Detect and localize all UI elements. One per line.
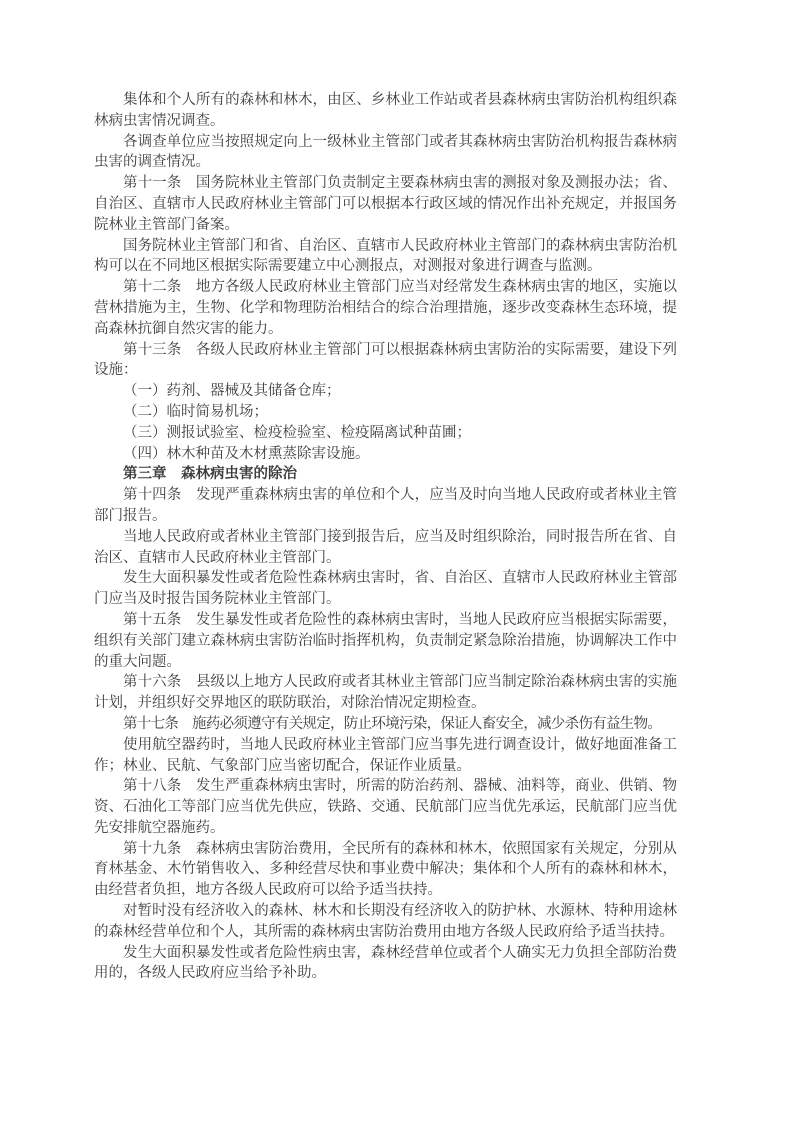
paragraph: 第十三条 各级人民政府林业主管部门可以根据森林病虫害防治的实际需要，建设下列设施… — [94, 340, 677, 382]
paragraph: 第十九条 森林病虫害防治费用，全民所有的森林和林木，依照国家有关规定，分别从育林… — [94, 839, 677, 901]
document-page: 集体和个人所有的森林和林木，由区、乡林业工作站或者县森林病虫害防治机构组织森林病… — [0, 0, 793, 1122]
paragraph: 发生大面积暴发性或者危险性森林病虫害时，省、自治区、直辖市人民政府林业主管部门应… — [94, 568, 677, 610]
paragraph: （三）测报试验室、检疫检验室、检疫隔离试种苗圃； — [94, 423, 677, 444]
paragraph: 国务院林业主管部门和省、自治区、直辖市人民政府林业主管部门的森林病虫害防治机构可… — [94, 236, 677, 278]
paragraph: 各调查单位应当按照规定向上一级林业主管部门或者其森林病虫害防治机构报告森林病虫害… — [94, 132, 677, 174]
paragraph: 当地人民政府或者林业主管部门接到报告后，应当及时组织除治，同时报告所在省、自治区… — [94, 527, 677, 569]
paragraph: 对暂时没有经济收入的森林、林木和长期没有经济收入的防护林、水源林、特种用途林的森… — [94, 901, 677, 943]
paragraph: 集体和个人所有的森林和林木，由区、乡林业工作站或者县森林病虫害防治机构组织森林病… — [94, 90, 677, 132]
paragraph: 发生大面积暴发性或者危险性病虫害，森林经营单位或者个人确实无力负担全部防治费用的… — [94, 943, 677, 985]
paragraph: （二）临时简易机场； — [94, 402, 677, 423]
chapter-heading: 第三章 森林病虫害的除治 — [94, 464, 677, 485]
paragraph: 第十二条 地方各级人民政府林业主管部门应当对经常发生森林病虫害的地区，实施以营林… — [94, 277, 677, 339]
paragraph: 第十六条 县级以上地方人民政府或者其林业主管部门应当制定除治森林病虫害的实施计划… — [94, 672, 677, 714]
text-block: 集体和个人所有的森林和林木，由区、乡林业工作站或者县森林病虫害防治机构组织森林病… — [94, 90, 677, 984]
paragraph: （一）药剂、器械及其储备仓库； — [94, 381, 677, 402]
paragraph: 第十七条 施药必须遵守有关规定，防止环境污染，保证人畜安全，减少杀伤有益生物。 — [94, 714, 677, 735]
paragraph: 第十一条 国务院林业主管部门负责制定主要森林病虫害的测报对象及测报办法；省、自治… — [94, 173, 677, 235]
paragraph: 第十八条 发生严重森林病虫害时，所需的防治药剂、器械、油料等，商业、供销、物资、… — [94, 776, 677, 838]
paragraph: 第十五条 发生暴发性或者危险性的森林病虫害时，当地人民政府应当根据实际需要，组织… — [94, 610, 677, 672]
paragraph: 第十四条 发现严重森林病虫害的单位和个人，应当及时向当地人民政府或者林业主管部门… — [94, 485, 677, 527]
paragraph: 使用航空器药时，当地人民政府林业主管部门应当事先进行调查设计，做好地面准备工作；… — [94, 735, 677, 777]
paragraph: （四）林木种苗及木材熏蒸除害设施。 — [94, 444, 677, 465]
